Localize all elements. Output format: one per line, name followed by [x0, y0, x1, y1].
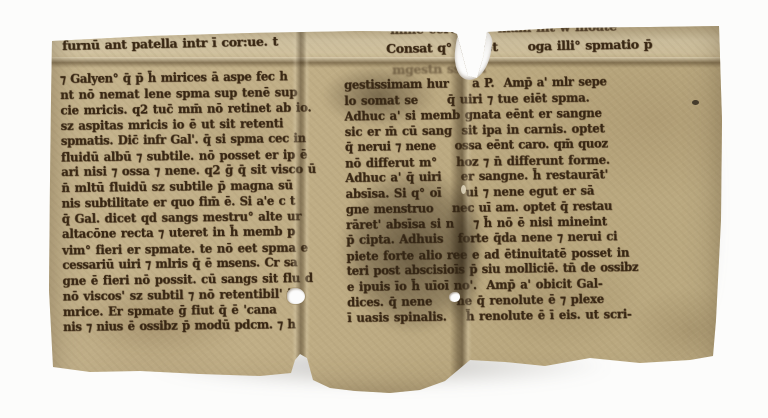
manuscript-text-line: fluidū albū ⁊ subtile. nō posset er ip ē	[61, 147, 321, 166]
parchment-fragment: furnū ant patella intr ī cor:ue. t mme c…	[0, 0, 768, 418]
parchment-hole-right-crease	[449, 292, 460, 302]
text-column-left: ⁊ Galyen° q̄ p̄ h̄ mirices ā aspe fec hn…	[60, 69, 323, 336]
manuscript-text-line: nis ⁊ nius ē ossibz p̄ modū pdcm. ⁊ h	[63, 317, 323, 336]
vertical-fold-crease-left	[292, 28, 310, 390]
parchment-wormhole	[692, 100, 699, 105]
photo-backdrop: furnū ant patella intr ī cor:ue. t mme c…	[0, 0, 768, 418]
manuscript-text-line: nō viscos' sz subtil ⁊ nō retentibil' in	[63, 286, 323, 305]
parchment-hole-left-crease	[287, 288, 305, 304]
manuscript-text-line: cie mricis. q2 tuc̄ mm̄ nō retinet ab io…	[60, 100, 320, 119]
manuscript-text-line: nis subtilitate er quo fim̄ ē. Si a'e c …	[62, 193, 322, 212]
stain-right-crease	[436, 176, 488, 352]
stain-top-middle	[316, 58, 456, 134]
manuscript-text-line: vim° fieri er spmate. te nō eet spma e	[62, 240, 322, 259]
parchment-fleck	[461, 185, 466, 194]
